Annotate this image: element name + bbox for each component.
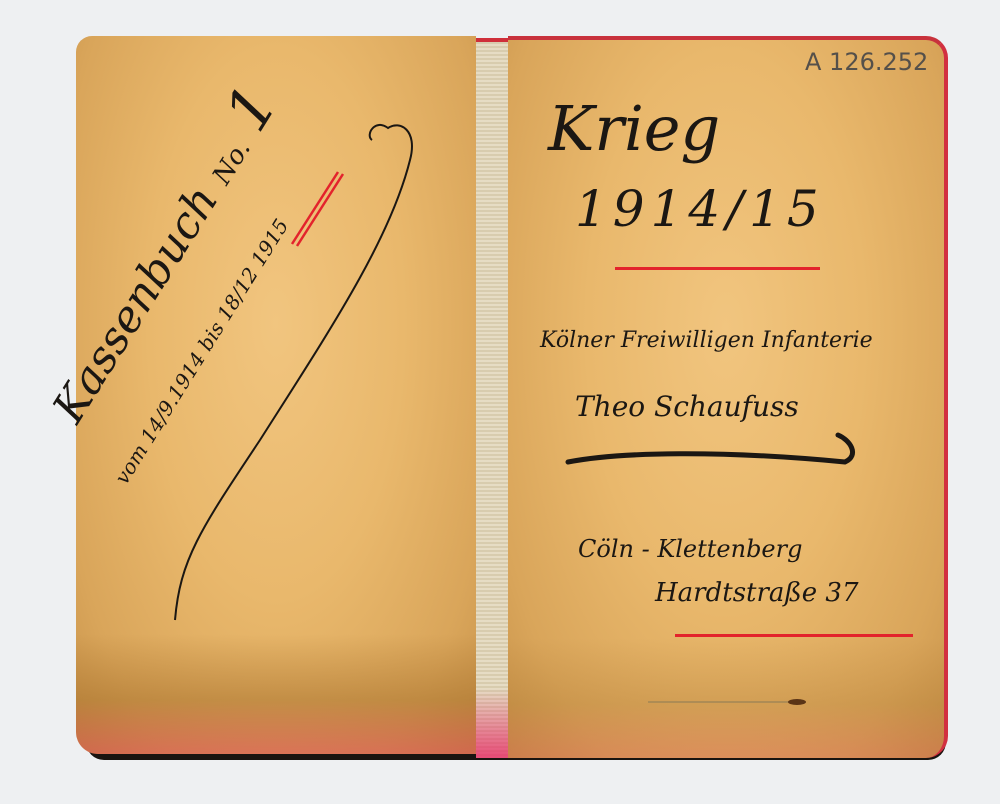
owner-name: Theo Schaufuss <box>575 390 799 423</box>
red-underline-top <box>615 267 820 270</box>
catalog-mark: A 126.252 <box>805 48 928 76</box>
heading-years: 1914/15 <box>575 180 825 238</box>
heading-krieg: Krieg <box>548 92 720 165</box>
ink-flourishes <box>0 0 1000 804</box>
unit-line: Kölner Freiwilligen Infanterie <box>540 328 873 353</box>
red-underline-bottom <box>675 634 913 637</box>
street-line: Hardtstraße 37 <box>655 578 859 608</box>
city-line: Cöln - Klettenberg <box>578 535 802 563</box>
